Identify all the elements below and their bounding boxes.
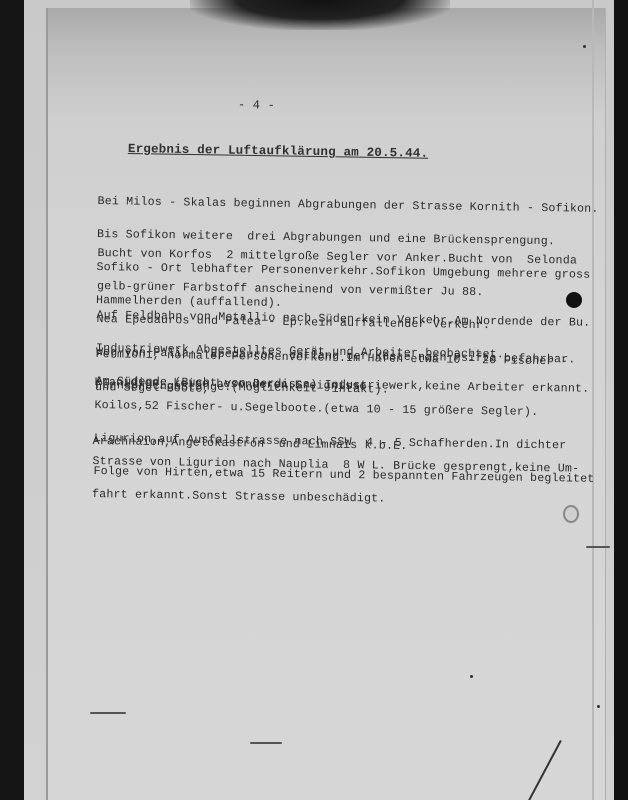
text-line: Bucht von Korfos 2 mittelgroße Segler vo…: [97, 248, 577, 267]
speck: [470, 675, 473, 678]
scratch-mark: [90, 712, 126, 714]
text-line: Auf Feldbahn von Metallio nach Süden kei…: [96, 310, 590, 329]
ink-blot: [566, 292, 582, 308]
scratch-mark: [250, 742, 282, 744]
page-number: - 4 -: [238, 100, 275, 112]
text-line: Strasse von Ligurion nach Nauplia 8 W L.…: [92, 456, 579, 475]
scratch-mark: [586, 546, 610, 548]
paragraph-ligurion-road: Strasse von Ligurion nach Nauplia 8 W L.…: [92, 434, 580, 519]
text-line: Bei Milos - Skalas beginnen Abgrabungen …: [97, 196, 598, 215]
hole-punch: [563, 505, 579, 523]
speck: [597, 705, 600, 708]
scan-border-right: [614, 0, 628, 800]
binding-shadow: [190, 0, 450, 30]
speck: [583, 45, 586, 48]
scan-border-left: [0, 0, 24, 800]
text-line: fahrt erkannt.Sonst Strasse unbeschädigt…: [92, 489, 579, 508]
